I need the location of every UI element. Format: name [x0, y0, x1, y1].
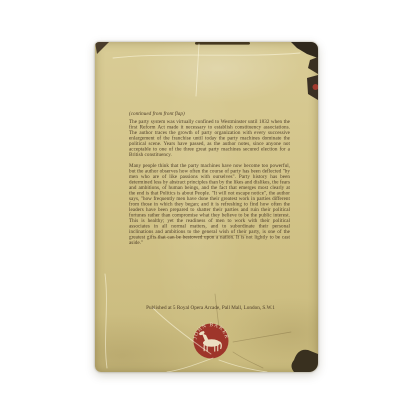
- top-edge-dark-sliver: [195, 42, 250, 45]
- edge-chip-right-2: [307, 75, 318, 100]
- flap-continuation-note: (continued from front flap): [129, 111, 290, 117]
- torn-corner-top-left: [95, 42, 109, 54]
- torn-corner-top-right: [291, 42, 318, 58]
- publisher-imprint-line: Published at 5 Royal Opera Arcade, Pall …: [99, 305, 318, 311]
- red-spot-right-edge: [313, 84, 319, 90]
- publisher-logo: JOHN BAKER: [189, 319, 233, 363]
- torn-corner-bottom-right: [292, 350, 319, 372]
- edge-chip-right-1: [308, 57, 318, 74]
- blurb-paragraph-1: The party system was virtually confined …: [129, 119, 290, 158]
- photo-background: (continued from front flap) The party sy…: [0, 0, 416, 416]
- blurb-text-block: (continued from front flap) The party sy…: [129, 111, 290, 246]
- blurb-paragraph-2: Many people think that the party machine…: [129, 163, 290, 246]
- book-back-cover: (continued from front flap) The party sy…: [95, 42, 318, 372]
